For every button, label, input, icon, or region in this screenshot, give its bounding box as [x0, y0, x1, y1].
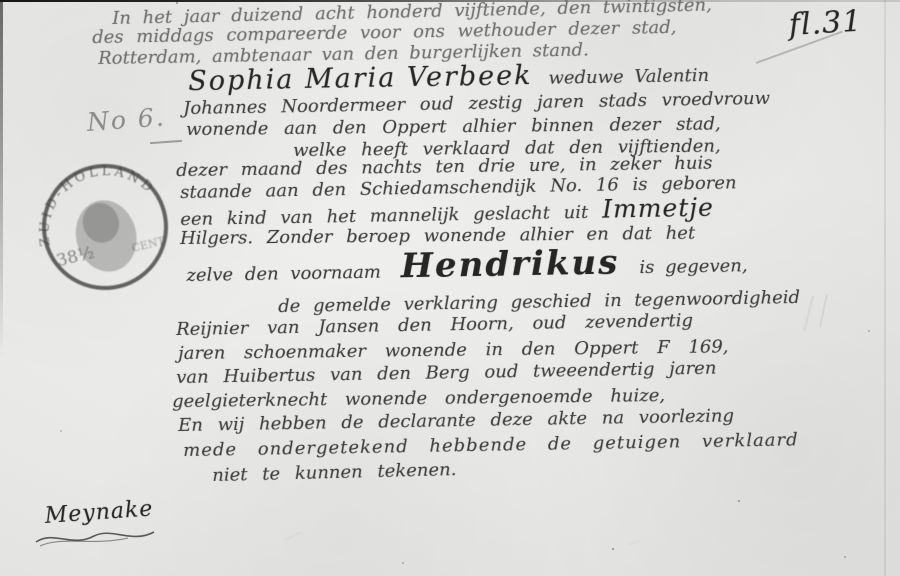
stamp-graphic: ZUID-HOLLAND 38½ CENT [14, 136, 196, 318]
paper-speck [868, 330, 870, 332]
official-signature: Meynake [44, 496, 154, 529]
paper-speck [844, 556, 846, 558]
paper-speck [402, 562, 404, 564]
paper-speck [500, 95, 502, 97]
bleedthrough-stroke [284, 531, 301, 540]
manuscript-line-12: zelve den voornaam Hendrikus is gegeven, [186, 240, 748, 290]
page-fold-line [884, 0, 886, 576]
scanned-document-page: fl.31 No 6. ZUID-HOLLAND 38½ CENT In het… [0, 0, 900, 576]
act-number: No 6. [86, 103, 167, 137]
revenue-stamp: ZUID-HOLLAND 38½ CENT [14, 136, 196, 318]
paper-speck [738, 500, 740, 502]
bleedthrough-stroke [627, 539, 641, 545]
manuscript-line-14: Reijnier van Jansen den Hoorn, oud zeven… [176, 310, 693, 340]
bleedthrough-stroke [803, 296, 813, 331]
stamp-value-left: 38½ [55, 243, 97, 272]
paper-speck [60, 430, 62, 432]
signature-flourish [32, 526, 162, 554]
line-12-suffix: is gegeven, [639, 255, 748, 278]
line-12-text: zelve den voornaam [186, 262, 381, 286]
bleedthrough-stroke [819, 294, 828, 328]
declarant-name: Sophia Maria Verbeek [188, 60, 533, 97]
paper-speck [612, 548, 614, 550]
child-name: Hendrikus [400, 242, 619, 286]
scan-edge-left [0, 0, 3, 360]
manuscript-line-20: niet te kunnen tekenen. [212, 459, 457, 486]
paper-speck [176, 2, 178, 4]
declarant-title: weduwe Valentin [548, 65, 709, 89]
mother-name: Immetje [602, 193, 714, 224]
